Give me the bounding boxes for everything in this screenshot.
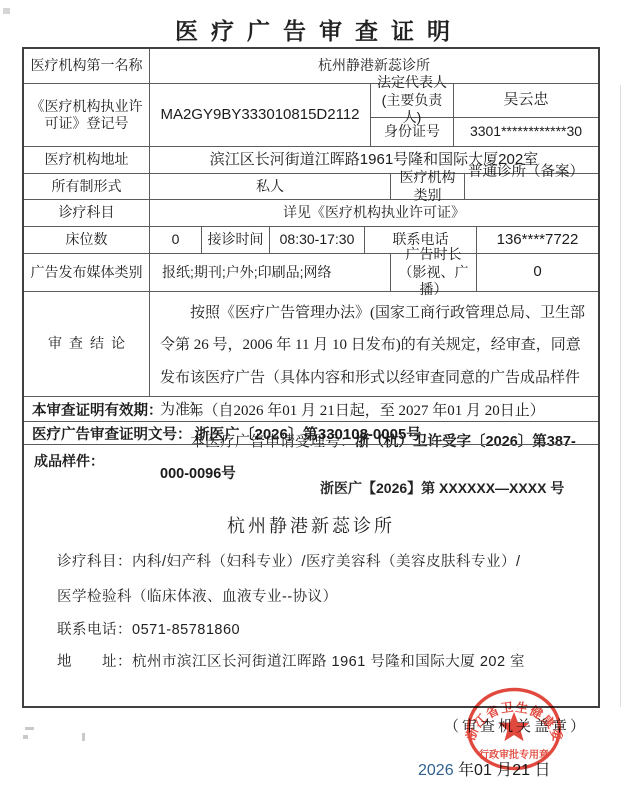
legal-rep-label: 法定代表人 (主要负责人)	[371, 84, 454, 117]
id-number-label: 身份证号	[371, 118, 454, 146]
row-validity: 本审查证明有效期： 年（自2026 年01 月 21日起，至 2027 年01 …	[24, 397, 598, 422]
id-number-row: 身份证号 3301************30	[371, 118, 598, 146]
duration-value: 0	[477, 254, 598, 291]
duration-label: 广告时长（影视、广播）	[391, 254, 477, 291]
scan-artifact	[82, 733, 85, 741]
row-ownership: 所有制形式 私人 医疗机构类别 普通诊所（备案）	[24, 174, 598, 200]
sample-phone-line: 联系电话：0571-85781860	[57, 621, 240, 639]
sample-cell: 成品样件： 浙医广【2026】第 XXXXXX—XXXX 号 杭州静港新蕊诊所 …	[24, 445, 598, 706]
id-number-value: 3301************30	[454, 118, 598, 146]
sample-address-line: 地 址：杭州市滨江区长河街道江晖路 1961 号隆和国际大厦 202 室	[57, 653, 525, 671]
validity-label: 本审查证明有效期：	[32, 399, 163, 420]
ownership-value: 私人	[150, 174, 391, 199]
row-media: 广告发布媒体类别 报纸;期刊;户外;印刷品;网络 广告时长（影视、广播） 0	[24, 254, 598, 292]
scan-edge-line	[620, 85, 621, 707]
org-type-cell: 普通诊所（备案）	[465, 174, 598, 199]
sample-clinic-name: 杭州静港新蕊诊所	[24, 515, 598, 538]
legal-rep-label-line1: 法定代表人	[374, 74, 450, 92]
sample-departments-line: 诊疗科目：内科/妇产科（妇科专业）/医疗美容科（美容皮肤科专业）/	[57, 553, 521, 571]
scan-artifact	[23, 735, 28, 739]
address-label: 医疗机构地址	[24, 147, 150, 173]
phone-value: 136****7722	[477, 227, 598, 253]
scan-artifact	[3, 8, 10, 14]
departments-value: 详见《医疗机构执业许可证》	[150, 200, 598, 226]
certificate-page: 医疗广告审查证明 医疗机构第一名称 杭州静港新蕊诊所 《医疗机构执业许可证》登记…	[0, 0, 625, 808]
sample-lab-line: 医学检验科（临床体液、血液专业--协议）	[57, 588, 338, 606]
departments-label: 诊疗科目	[24, 200, 150, 226]
row-conclusion: 审查结论 按照《医疗广告管理办法》(国家工商行政管理总局、卫生部令第 26 号，…	[24, 292, 598, 397]
legal-rep-value: 吴云忠	[454, 84, 598, 117]
sample-label: 成品样件：	[34, 453, 104, 471]
page-title: 医疗广告审查证明	[0, 13, 625, 46]
legal-rep-row: 法定代表人 (主要负责人) 吴云忠	[371, 84, 598, 118]
media-value: 报纸;期刊;户外;印刷品;网络	[150, 254, 391, 291]
beds-value: 0	[150, 227, 202, 253]
row-beds-hours-phone: 床位数 0 接诊时间 08:30-17:30 联系电话 136****7722	[24, 227, 598, 254]
certificate-table: 医疗机构第一名称 杭州静港新蕊诊所 《医疗机构执业许可证》登记号 MA2GY9B…	[22, 47, 600, 708]
row-doc-number: 医疗广告审查证明文号： 浙医广〔2026〕第330108-0005号	[24, 422, 598, 445]
license-value: MA2GY9BY333010815D2112	[150, 84, 371, 146]
row-license: 《医疗机构执业许可证》登记号 MA2GY9BY333010815D2112 法定…	[24, 84, 598, 147]
official-stamp: 浙江省卫生健康委员会 行政审批专用章	[465, 686, 563, 772]
sample-doc-number: 浙医广【2026】第 XXXXXX—XXXX 号	[320, 480, 564, 498]
validity-value: 年（自2026 年01 月 21日起，至 2027 年01 月 20日止）	[189, 399, 545, 420]
org-name-label: 医疗机构第一名称	[24, 49, 150, 83]
legal-rep-block: 法定代表人 (主要负责人) 吴云忠 身份证号 3301************3…	[371, 84, 598, 146]
beds-label: 床位数	[24, 227, 150, 253]
stamp-sub-text: 行政审批专用章	[479, 748, 549, 761]
doc-number-label: 医疗广告审查证明文号：	[32, 423, 192, 444]
org-type-label: 医疗机构类别	[391, 174, 465, 199]
scan-artifact	[25, 727, 34, 730]
stamp-star-icon	[499, 712, 530, 741]
row-sample: 成品样件： 浙医广【2026】第 XXXXXX—XXXX 号 杭州静港新蕊诊所 …	[24, 445, 598, 706]
conclusion-body: 按照《医疗广告管理办法》(国家工商行政管理总局、卫生部令第 26 号，2006 …	[150, 292, 598, 396]
media-label: 广告发布媒体类别	[24, 254, 150, 291]
doc-number-value: 浙医广〔2026〕第330108-0005号	[195, 423, 422, 444]
hours-value: 08:30-17:30	[270, 227, 365, 253]
hours-label: 接诊时间	[202, 227, 270, 253]
org-type-value: 普通诊所（备案）	[468, 164, 604, 181]
license-label: 《医疗机构执业许可证》登记号	[24, 84, 150, 146]
conclusion-label: 审查结论	[24, 292, 150, 396]
ownership-label: 所有制形式	[24, 174, 150, 199]
issue-date-year: 2026	[418, 762, 454, 779]
row-departments: 诊疗科目 详见《医疗机构执业许可证》	[24, 200, 598, 227]
row-org-name: 医疗机构第一名称 杭州静港新蕊诊所	[24, 49, 598, 84]
